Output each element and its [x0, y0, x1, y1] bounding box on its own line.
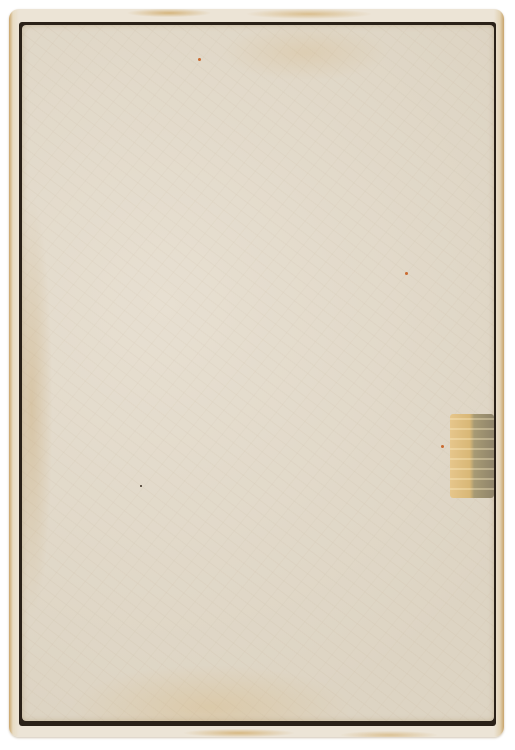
stain-spot: [140, 485, 142, 487]
tape-remnant: [450, 414, 494, 498]
stain-spot: [405, 272, 408, 275]
stain-spot: [198, 58, 201, 61]
stain-spot: [441, 445, 444, 448]
box-lid-surface: [22, 25, 494, 721]
